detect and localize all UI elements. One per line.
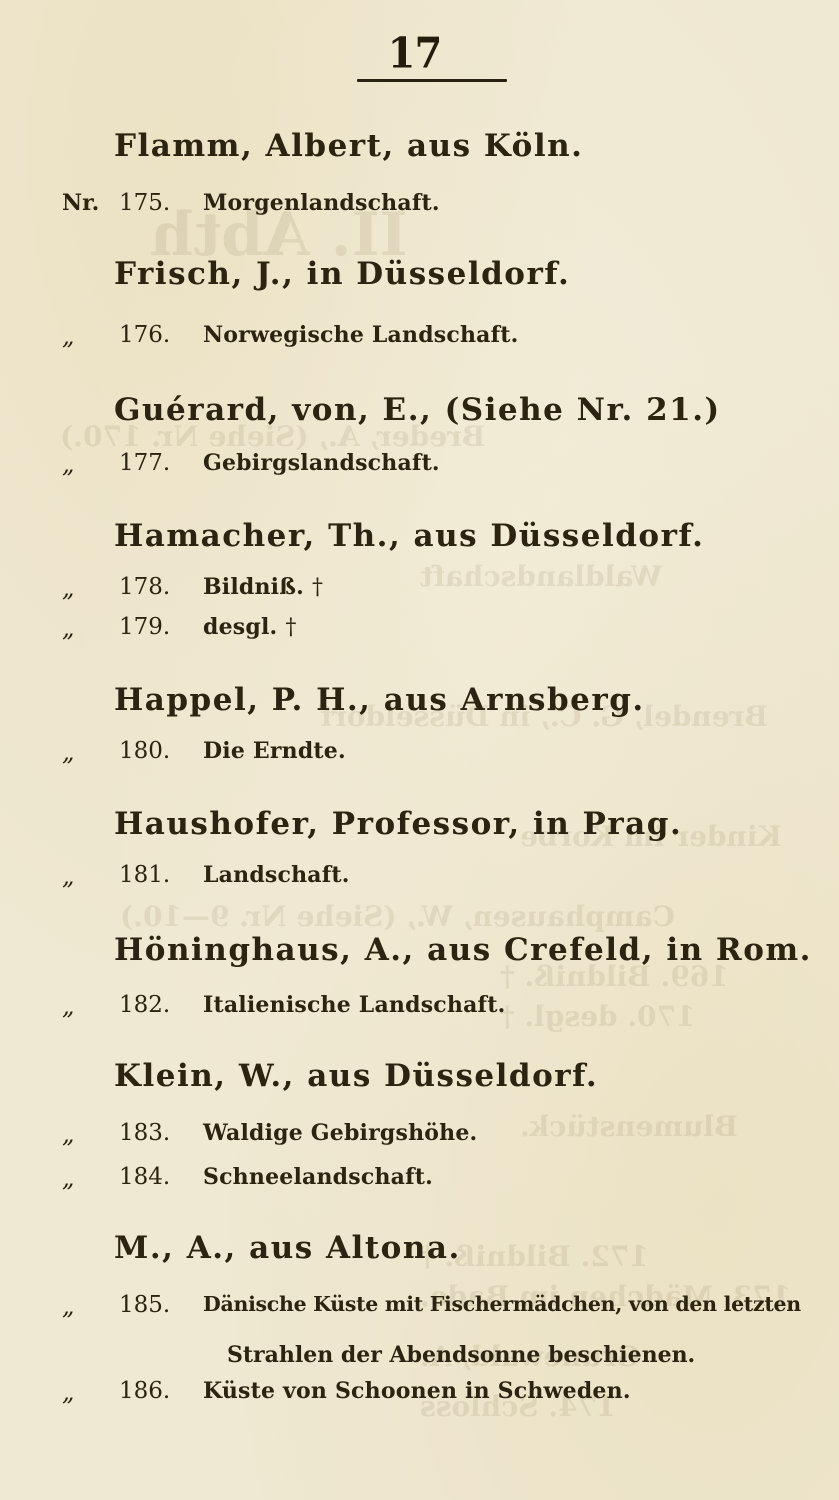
- entry-number: 177.: [119, 450, 170, 476]
- entry-title-wrap: Bildniß.†: [203, 574, 323, 600]
- page-number: 17: [0, 29, 834, 78]
- artist-heading: Flamm, Albert, aus Köln.: [114, 128, 583, 164]
- entry-title-continuation: Strahlen der Abendsonne beschienen.: [227, 1342, 695, 1368]
- artist-heading: Frisch, J., in Düsseldorf.: [114, 256, 570, 292]
- artist-heading: Happel, P. H., aus Arnsberg.: [114, 682, 645, 718]
- ditto-mark: „: [62, 862, 112, 890]
- ditto-mark: „: [62, 738, 112, 766]
- bleed-through-ghost: Blumenstück.: [520, 1110, 738, 1143]
- ditto-mark: „: [62, 614, 112, 642]
- entry-title: Gebirgslandschaft.: [203, 450, 440, 476]
- entry-number: 182.: [119, 992, 170, 1018]
- entry-title: Landschaft.: [203, 862, 350, 888]
- artist-heading: Klein, W., aus Düsseldorf.: [114, 1058, 598, 1094]
- entry-title: Schneelandschaft.: [203, 1164, 433, 1190]
- ditto-mark: „: [62, 1292, 112, 1320]
- entry-number: 178.: [119, 574, 170, 600]
- bleed-through-ghost: Camphausen, W., (Siehe Nr. 9—10.): [120, 900, 675, 933]
- header-rule: [357, 79, 507, 82]
- artist-heading: Guérard, von, E., (Siehe Nr. 21.): [114, 392, 721, 428]
- entry-title: Bildniß.: [203, 574, 304, 600]
- ditto-mark: „: [62, 992, 112, 1020]
- entry-title: Die Erndte.: [203, 738, 346, 764]
- entry-number: 175.: [119, 190, 170, 216]
- ditto-mark: „: [62, 1120, 112, 1148]
- entry-number: 184.: [119, 1164, 170, 1190]
- entry-number: 179.: [119, 614, 170, 640]
- entry-number: 185.: [119, 1292, 170, 1318]
- ditto-mark: „: [62, 574, 112, 602]
- entry-number: 176.: [119, 322, 170, 348]
- entry-number: 181.: [119, 862, 170, 888]
- entry-number: 186.: [119, 1378, 170, 1404]
- entry-title: Dänische Küste mit Fischermädchen, von d…: [203, 1292, 801, 1316]
- dagger-icon: †: [312, 575, 323, 600]
- artist-heading: Hamacher, Th., aus Düsseldorf.: [114, 518, 704, 554]
- dagger-icon: †: [285, 615, 296, 640]
- entry-title: Morgenlandschaft.: [203, 190, 440, 216]
- entry-title: Küste von Schoonen in Schweden.: [203, 1378, 631, 1404]
- ditto-mark: „: [62, 1378, 112, 1406]
- ditto-mark: „: [62, 322, 112, 350]
- bleed-through-ghost: 170. desgl. †: [500, 1000, 695, 1033]
- entry-number: 180.: [119, 738, 170, 764]
- entry-title: Waldige Gebirgshöhe.: [203, 1120, 477, 1146]
- entry-title-wrap: desgl.†: [203, 614, 297, 640]
- ditto-mark: „: [62, 450, 112, 478]
- artist-heading: Haushofer, Professor, in Prag.: [114, 806, 682, 842]
- entry-number: 183.: [119, 1120, 170, 1146]
- entry-prefix: Nr.: [62, 190, 112, 216]
- bleed-through-ghost: Waldlandschaft: [420, 560, 662, 593]
- ditto-mark: „: [62, 1164, 112, 1192]
- scanned-page: II. Abth Breder, A., (Siehe Nr. 170.) Wa…: [0, 0, 839, 1500]
- artist-heading: Höninghaus, A., aus Crefeld, in Rom.: [114, 932, 812, 968]
- entry-title: Italienische Landschaft.: [203, 992, 505, 1018]
- entry-title: desgl.: [203, 614, 277, 640]
- entry-title: Norwegische Landschaft.: [203, 322, 519, 348]
- artist-heading: M., A., aus Altona.: [114, 1230, 461, 1266]
